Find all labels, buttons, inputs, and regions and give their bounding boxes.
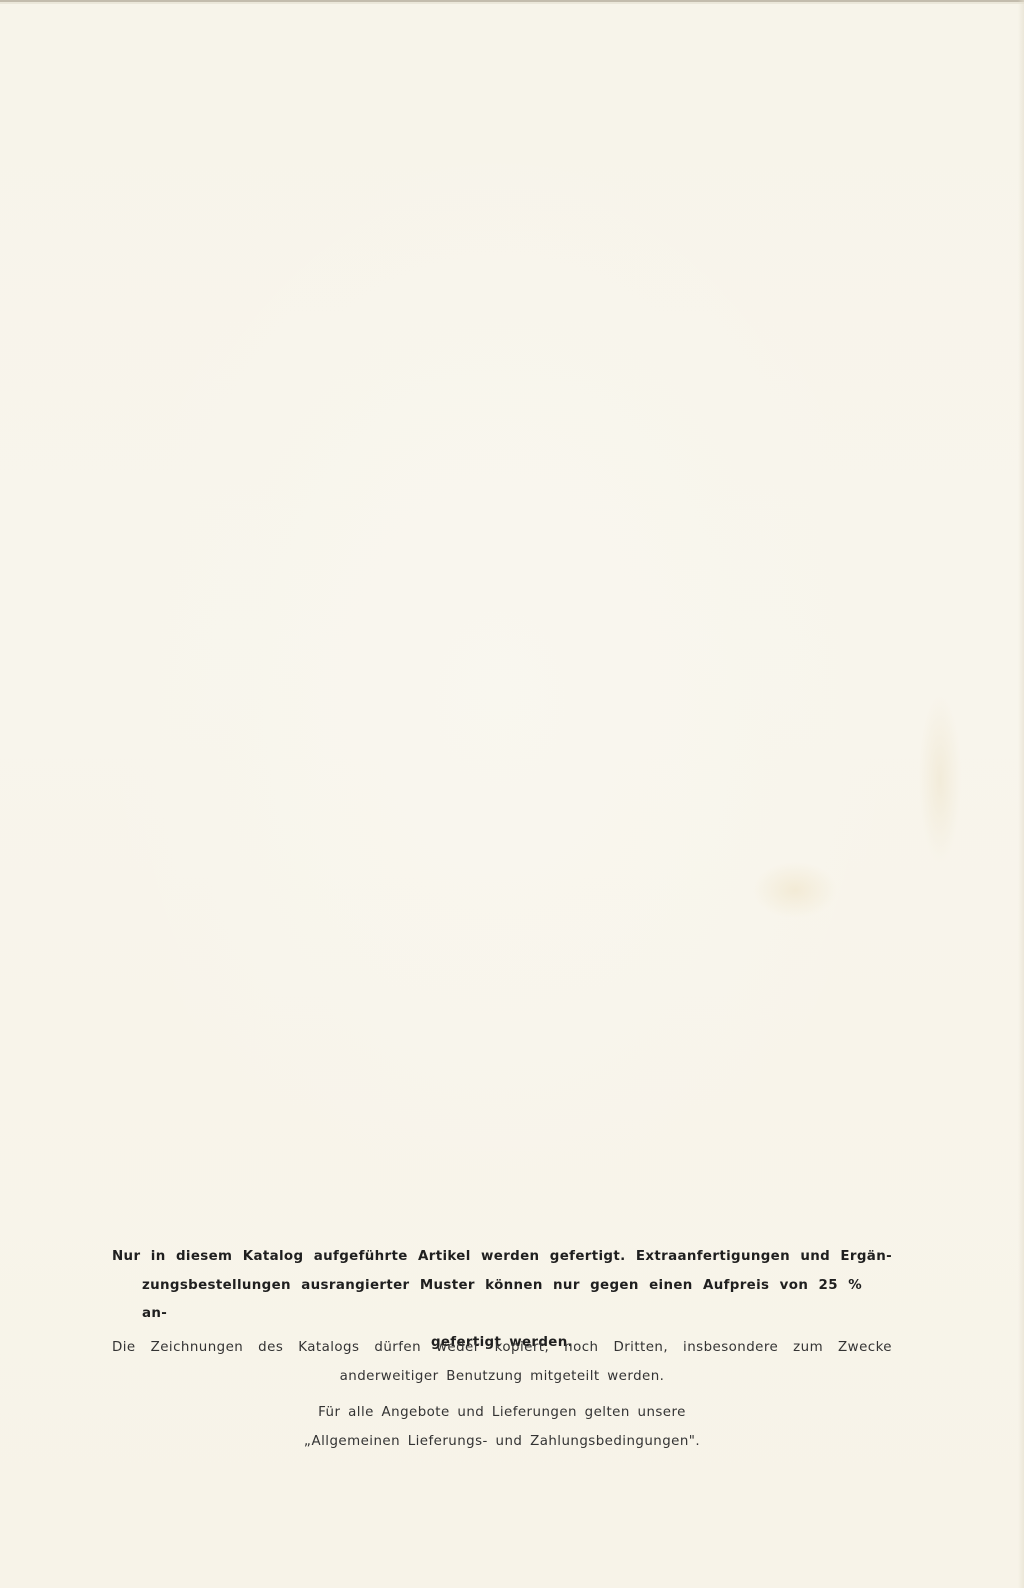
notice-line: „Allgemeinen Lieferungs- und Zahlungsbed… [112,1427,892,1456]
notice-line: zungsbestellungen ausrangierter Muster k… [112,1272,892,1329]
notice-line: Die Zeichnungen des Katalogs dürfen wede… [112,1333,892,1362]
notice-line: anderweitiger Benutzung mitgeteilt werde… [112,1362,892,1391]
copyright-notice: Die Zeichnungen des Katalogs dürfen wede… [112,1333,892,1391]
notice-line: Nur in diesem Katalog aufgeführte Artike… [112,1243,892,1272]
paper-edge [1018,0,1024,1588]
terms-notice: Für alle Angebote und Lieferungen gelten… [112,1398,892,1456]
notice-line: Für alle Angebote und Lieferungen gelten… [112,1398,892,1427]
catalog-page: Nur in diesem Katalog aufgeführte Artike… [0,0,1024,1588]
